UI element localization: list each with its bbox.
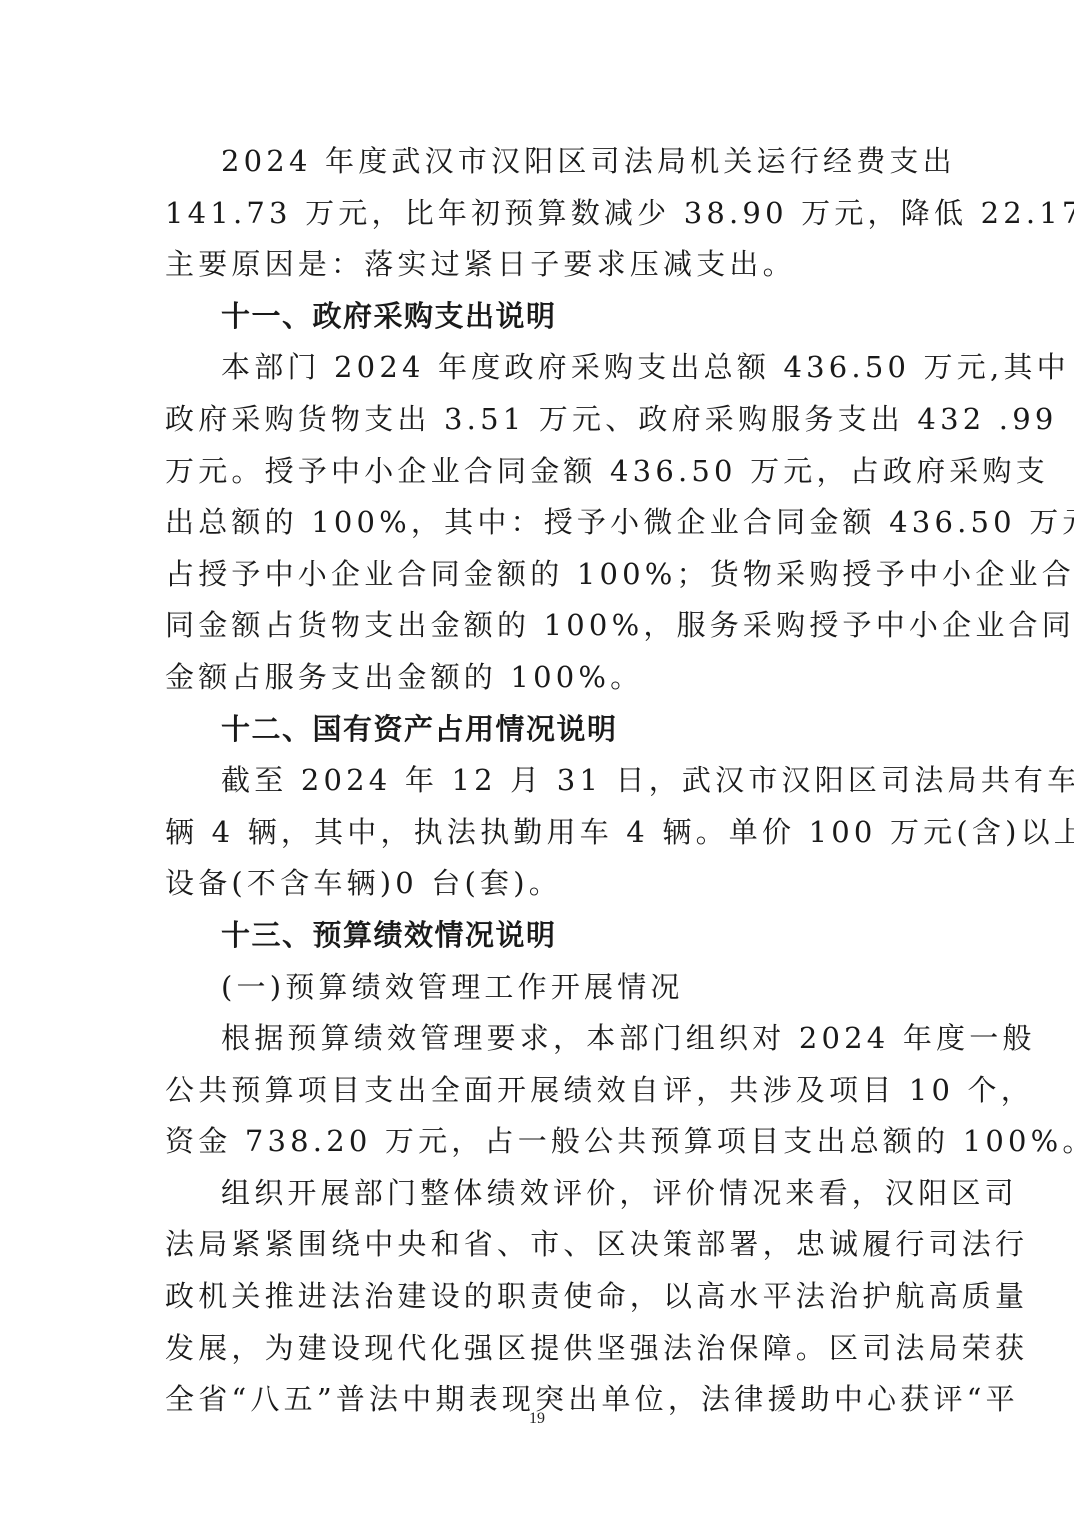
section-heading-performance: 十三、预算绩效情况说明: [165, 910, 915, 962]
paragraph-procurement-line-5: 占授予中小企业合同金额的 100%；货物采购授予中小企业合: [165, 549, 915, 601]
paragraph-assets-line-3: 设备(不含车辆)0 台(套)。: [165, 858, 915, 910]
paragraph-self-evaluation-line-3: 资金 738.20 万元，占一般公共预算项目支出总额的 100%。: [165, 1116, 915, 1168]
paragraph-overall-evaluation-line-1: 组织开展部门整体绩效评价，评价情况来看，汉阳区司: [165, 1168, 915, 1220]
paragraph-procurement-line-7: 金额占服务支出金额的 100%。: [165, 652, 915, 704]
section-heading-state-assets: 十二、国有资产占用情况说明: [165, 704, 915, 756]
paragraph-procurement-line-1: 本部门 2024 年度政府采购支出总额 436.50 万元,其中：: [165, 342, 915, 394]
paragraph-operating-expense-line-2: 141.73 万元，比年初预算数减少 38.90 万元，降低 22.17%。: [165, 188, 915, 240]
paragraph-self-evaluation-line-1: 根据预算绩效管理要求，本部门组织对 2024 年度一般: [165, 1013, 915, 1065]
paragraph-overall-evaluation-line-4: 发展，为建设现代化强区提供坚强法治保障。区司法局荣获: [165, 1323, 915, 1375]
page-number: 19: [0, 1410, 1074, 1428]
paragraph-assets-line-2: 辆 4 辆，其中，执法执勤用车 4 辆。单价 100 万元(含)以上: [165, 807, 915, 859]
subsection-heading-performance-management: (一)预算绩效管理工作开展情况: [165, 962, 915, 1014]
paragraph-procurement-line-3: 万元。授予中小企业合同金额 436.50 万元，占政府采购支: [165, 446, 915, 498]
document-page: 2024 年度武汉市汉阳区司法局机关运行经费支出 141.73 万元，比年初预算…: [0, 0, 1074, 1520]
document-body: 2024 年度武汉市汉阳区司法局机关运行经费支出 141.73 万元，比年初预算…: [165, 136, 915, 1426]
paragraph-procurement-line-4: 出总额的 100%，其中：授予小微企业合同金额 436.50 万元，: [165, 497, 915, 549]
section-heading-procurement: 十一、政府采购支出说明: [165, 291, 915, 343]
paragraph-overall-evaluation-line-3: 政机关推进法治建设的职责使命，以高水平法治护航高质量: [165, 1271, 915, 1323]
paragraph-operating-expense-line-1: 2024 年度武汉市汉阳区司法局机关运行经费支出: [165, 136, 915, 188]
paragraph-self-evaluation-line-2: 公共预算项目支出全面开展绩效自评，共涉及项目 10 个，: [165, 1065, 915, 1117]
paragraph-assets-line-1: 截至 2024 年 12 月 31 日，武汉市汉阳区司法局共有车: [165, 755, 915, 807]
paragraph-operating-expense-line-3: 主要原因是：落实过紧日子要求压减支出。: [165, 239, 915, 291]
paragraph-procurement-line-2: 政府采购货物支出 3.51 万元、政府采购服务支出 432 .99: [165, 394, 915, 446]
paragraph-overall-evaluation-line-2: 法局紧紧围绕中央和省、市、区决策部署，忠诚履行司法行: [165, 1219, 915, 1271]
paragraph-procurement-line-6: 同金额占货物支出金额的 100%，服务采购授予中小企业合同: [165, 600, 915, 652]
